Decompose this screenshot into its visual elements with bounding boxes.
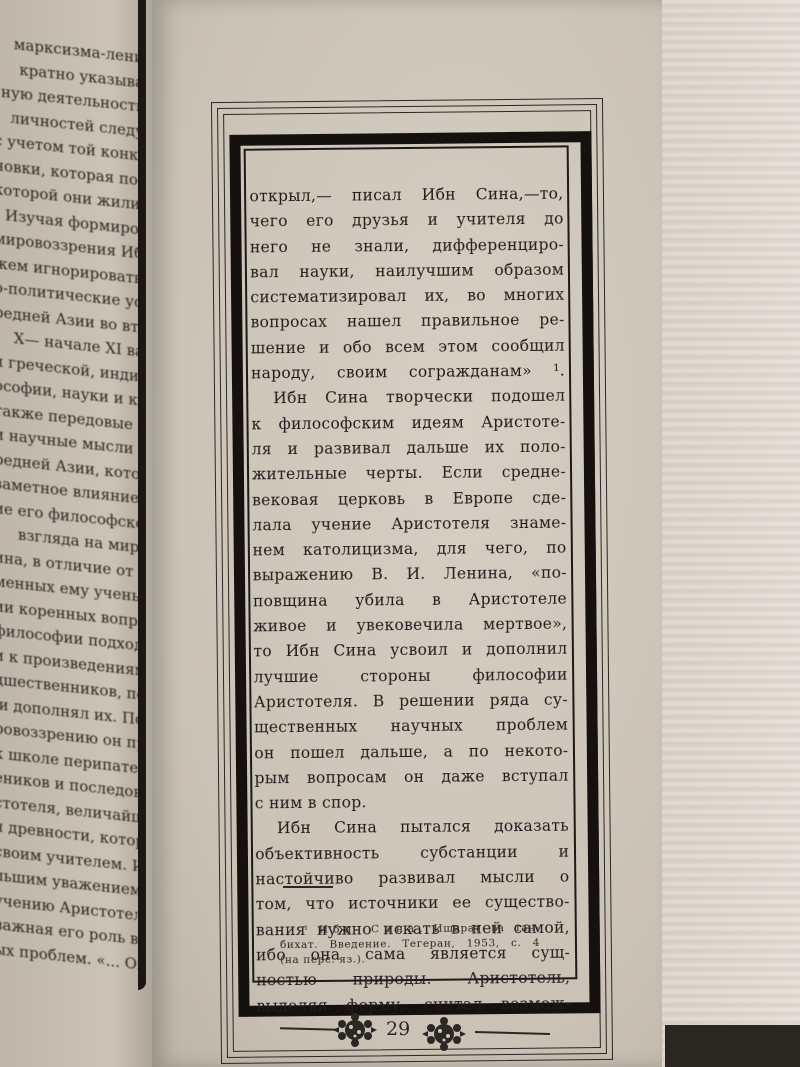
footnote-marker: ¹: [280, 924, 309, 936]
text-line: щественных научных проблем: [254, 713, 568, 741]
footer-rule-left: [280, 1027, 338, 1030]
text-line: повщина убила в Аристотеле: [253, 586, 567, 614]
text-line: с ним в спор.: [255, 789, 569, 817]
text-line: Ибн Сина пытался доказать: [255, 814, 569, 842]
text-line: рым вопросам он даже вступал: [254, 763, 568, 791]
wooden-table-surface: [660, 0, 800, 1067]
text-line: к философским идеям Аристоте-: [251, 409, 565, 437]
text-line: настойчиво развивал мысли о: [255, 865, 569, 893]
page-number: 29: [386, 1018, 410, 1040]
footnote-rule: [283, 886, 333, 888]
footnote-line-2: бихат. Введение. Тегеран, 1953, с. 4: [280, 936, 540, 953]
text-line: ностью природы. Аристотель,: [256, 966, 570, 994]
text-line: народу, своим согражданам» ¹.: [251, 359, 565, 387]
text-line: вал науки, наилучшим образом: [250, 258, 564, 286]
text-line: нем католицизма, для чего, по: [252, 536, 566, 564]
left-page-frame-border: [138, 0, 146, 990]
text-line: ля и развивал дальше их поло-: [252, 435, 566, 463]
text-line: выражению В. И. Ленина, «по-: [253, 561, 567, 589]
footer-rule-right: [475, 1031, 550, 1034]
text-line: шение и обо всем этом сообщил: [251, 333, 565, 361]
text-line: то Ибн Сина усвоил и дополнил: [253, 637, 567, 665]
page-footer: 29: [280, 1010, 550, 1050]
text-line: вопросах нашел правильное ре-: [250, 308, 564, 336]
left-page-text: марксизма-лени кратно указыва ную деятел…: [0, 30, 144, 977]
text-line: систематизировал их, во многих: [250, 283, 564, 311]
footnote-title: . Ишарат ва тан-: [419, 922, 540, 935]
text-line: лучшие стороны философии: [254, 662, 568, 690]
dark-object-corner: [665, 1025, 800, 1067]
footnote-author: Ибн Сина: [319, 923, 419, 936]
text-line: лала учение Аристотеля знаме-: [252, 510, 566, 538]
footnote-line-3: (на перс. яз.).: [280, 951, 540, 968]
text-line: вековая церковь в Европе сде-: [252, 485, 566, 513]
text-line: объективность субстанции и: [255, 839, 569, 867]
floral-ornament-icon: [422, 1016, 466, 1052]
text-line: него не знали, дифференциро-: [250, 232, 564, 260]
text-line: живое и увековечила мертвое»,: [253, 612, 567, 640]
text-line: том, что источники ее существо-: [256, 890, 570, 918]
text-line: Аристотеля. В решении ряда су-: [254, 688, 568, 716]
page-body-text: открыл,— писал Ибн Сина,—то,чего его дру…: [249, 182, 570, 1020]
text-line: открыл,— писал Ибн Сина,—то,: [249, 182, 563, 210]
footnote: ¹ Ибн Сина. Ишарат ва тан- бихат. Введен…: [280, 921, 540, 968]
text-line: жительные черты. Если средне-: [252, 460, 566, 488]
text-line: он пошел дальше, а по некото-: [254, 738, 568, 766]
left-page: марксизма-лени кратно указыва ную деятел…: [0, 0, 160, 1067]
text-line: Ибн Сина творчески подошел: [251, 384, 565, 412]
text-line: чего его друзья и учителя до: [250, 207, 564, 235]
floral-ornament-icon: [333, 1012, 377, 1048]
